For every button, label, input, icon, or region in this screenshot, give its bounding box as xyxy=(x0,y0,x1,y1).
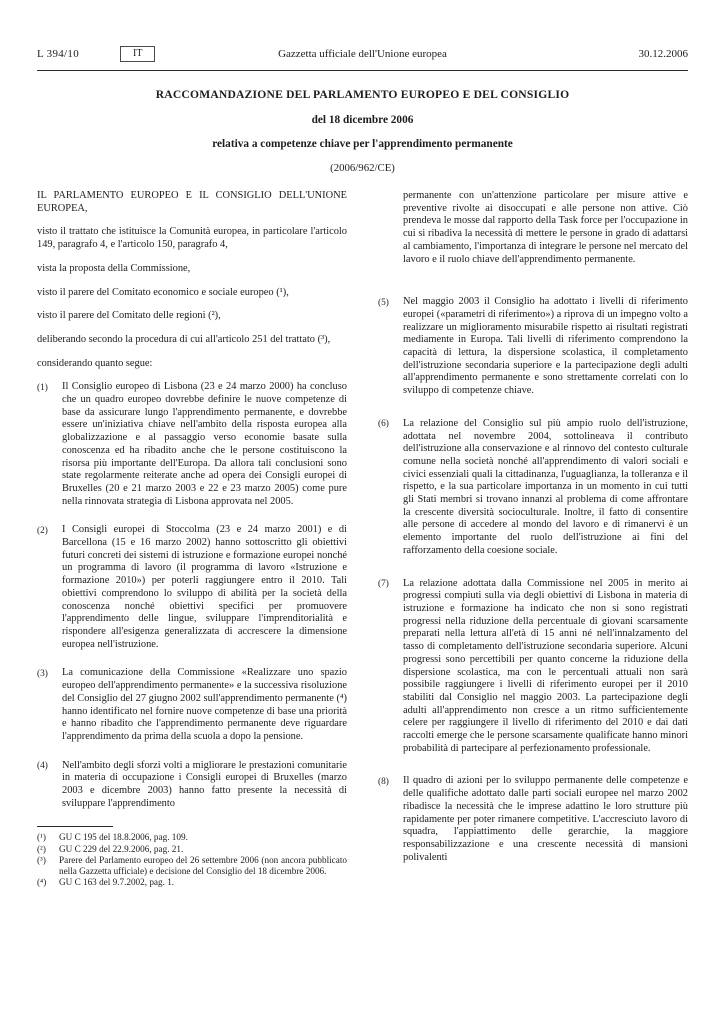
document-title-block: RACCOMANDAZIONE DEL PARLAMENTO EUROPEO E… xyxy=(37,88,688,174)
recital-item-5: (5) Nel maggio 2003 il Consiglio ha adot… xyxy=(378,296,688,398)
preamble-paragraph: visto il parere del Comitato delle regio… xyxy=(37,310,347,323)
recital-number: (2) xyxy=(37,524,62,651)
preamble-paragraph: deliberando secondo la procedura di cui … xyxy=(37,334,347,347)
recital-text: Nel maggio 2003 il Consiglio ha adottato… xyxy=(403,296,688,398)
recital-4-continuation: permanente con un'attenzione particolare… xyxy=(403,190,688,266)
preamble-paragraph: visto il parere del Comitato economico e… xyxy=(37,287,347,300)
preamble: IL PARLAMENTO EUROPEO E IL CONSIGLIO DEL… xyxy=(37,190,347,370)
footnote-text: Parere del Parlamento europeo del 26 set… xyxy=(59,855,347,877)
footnote-3: (³) Parere del Parlamento europeo del 26… xyxy=(37,855,347,877)
recital-item-2: (2) I Consigli europei di Stoccolma (23 … xyxy=(37,524,347,651)
preamble-paragraph: considerando quanto segue: xyxy=(37,358,347,371)
recital-text: La relazione del Consiglio sul più ampio… xyxy=(403,418,688,558)
page-header: L 394/10 IT Gazzetta ufficiale dell'Unio… xyxy=(37,46,688,64)
footnote-text: GU C 195 del 18.8.2006, pag. 109. xyxy=(59,832,347,843)
recital-item-4: (4) Nell'ambito degli sforzi volti a mig… xyxy=(37,760,347,811)
right-column: permanente con un'attenzione particolare… xyxy=(378,190,688,1024)
journal-title: Gazzetta ufficiale dell'Unione europea xyxy=(37,48,688,60)
document-title: RACCOMANDAZIONE DEL PARLAMENTO EUROPEO E… xyxy=(37,88,688,101)
official-journal-page: L 394/10 IT Gazzetta ufficiale dell'Unio… xyxy=(0,0,725,1024)
recital-text: Il quadro di azioni per lo sviluppo perm… xyxy=(403,775,688,864)
recital-text: Nell'ambito degli sforzi volti a miglior… xyxy=(62,760,347,811)
left-column: IL PARLAMENTO EUROPEO E IL CONSIGLIO DEL… xyxy=(37,190,347,1024)
recital-text: Il Consiglio europeo di Lisbona (23 e 24… xyxy=(62,381,347,508)
footnote-separator-rule xyxy=(37,826,113,827)
recital-item-6: (6) La relazione del Consiglio sul più a… xyxy=(378,418,688,558)
recital-text: I Consigli europei di Stoccolma (23 e 24… xyxy=(62,524,347,651)
recital-number: (4) xyxy=(37,760,62,811)
header-rule xyxy=(37,70,688,71)
recital-number: (3) xyxy=(37,667,62,743)
footnote-marker: (⁴) xyxy=(37,877,59,888)
recital-number: (7) xyxy=(378,578,403,756)
footnote-2: (²) GU C 229 del 22.9.2006, pag. 21. xyxy=(37,844,347,855)
publication-date: 30.12.2006 xyxy=(639,48,689,60)
two-column-body: IL PARLAMENTO EUROPEO E IL CONSIGLIO DEL… xyxy=(37,190,688,1024)
preamble-paragraph: vista la proposta della Commissione, xyxy=(37,263,347,276)
recital-number: (1) xyxy=(37,381,62,508)
recital-item-1: (1) Il Consiglio europeo di Lisbona (23 … xyxy=(37,381,347,508)
recital-item-3: (3) La comunicazione della Commissione «… xyxy=(37,667,347,743)
recital-number: (8) xyxy=(378,775,403,864)
document-number: (2006/962/CE) xyxy=(37,162,688,174)
preamble-paragraph: IL PARLAMENTO EUROPEO E IL CONSIGLIO DEL… xyxy=(37,190,347,215)
preamble-paragraph: visto il trattato che istituisce la Comu… xyxy=(37,226,347,251)
footnote-marker: (¹) xyxy=(37,832,59,843)
footnote-text: GU C 163 del 9.7.2002, pag. 1. xyxy=(59,877,347,888)
recital-number: (6) xyxy=(378,418,403,558)
document-subtitle: relativa a competenze chiave per l'appre… xyxy=(37,138,688,150)
recital-text: La relazione adottata dalla Commissione … xyxy=(403,578,688,756)
footnote-marker: (³) xyxy=(37,855,59,877)
recital-text: La comunicazione della Commissione «Real… xyxy=(62,667,347,743)
recital-item-8: (8) Il quadro di azioni per lo sviluppo … xyxy=(378,775,688,864)
footnote-text: GU C 229 del 22.9.2006, pag. 21. xyxy=(59,844,347,855)
recital-item-7: (7) La relazione adottata dalla Commissi… xyxy=(378,578,688,756)
footnote-marker: (²) xyxy=(37,844,59,855)
document-date-line: del 18 dicembre 2006 xyxy=(37,114,688,126)
footnotes-block: (¹) GU C 195 del 18.8.2006, pag. 109. (²… xyxy=(37,826,347,888)
footnote-1: (¹) GU C 195 del 18.8.2006, pag. 109. xyxy=(37,832,347,843)
recital-number: (5) xyxy=(378,296,403,398)
footnote-4: (⁴) GU C 163 del 9.7.2002, pag. 1. xyxy=(37,877,347,888)
